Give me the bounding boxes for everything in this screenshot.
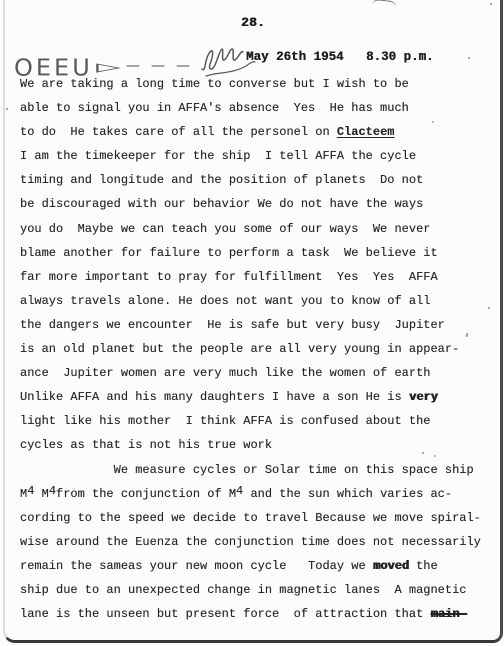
- text-line: remain the sameas your new moon cycle To…: [20, 554, 481, 578]
- text-line: the dangers we encounter He is safe but …: [20, 313, 481, 337]
- page-number: 28.: [241, 16, 265, 30]
- scan-speck: [422, 452, 424, 454]
- text-line: timing and longitude and the position of…: [20, 168, 481, 192]
- text-line: We are taking a long time to converse bu…: [20, 72, 481, 96]
- scan-speck: [6, 108, 8, 110]
- text-line: be discouraged with our behavior We do n…: [20, 192, 481, 216]
- document-page: 28. May 26th 1954 8.30 p.m. ΟΕΕU ▷ — — —…: [0, 0, 504, 646]
- scan-speck: [434, 455, 436, 457]
- dateline: May 26th 1954 8.30 p.m.: [246, 50, 434, 64]
- text-line: Unlike AFFA and his many daughters I hav…: [20, 385, 481, 409]
- text-line: ship due to an unexpected change in magn…: [20, 578, 481, 602]
- text-line: wise around the Euenza the conjunction t…: [20, 530, 481, 554]
- scan-speck: [432, 121, 434, 123]
- text-line: you do Maybe we can teach you some of ou…: [20, 217, 481, 241]
- scan-speck: [488, 307, 490, 309]
- text-line: ance Jupiter women are very much like th…: [20, 361, 481, 385]
- text-line: We measure cycles or Solar time on this …: [20, 458, 481, 482]
- text-line: cording to the speed we decide to travel…: [20, 506, 481, 530]
- text-line: blame another for failure to perform a t…: [20, 241, 481, 265]
- typewritten-text: We are taking a long time to converse bu…: [20, 72, 481, 626]
- text-line: is an old planet but the people are all …: [20, 337, 481, 361]
- text-line: always travels alone. He does not want y…: [20, 289, 481, 313]
- text-line: I am the timekeeper for the ship I tell …: [20, 144, 481, 168]
- text-line: M4 M4from the conjunction of M4 and the …: [20, 482, 481, 506]
- text-line: able to signal you in AFFA's absence Yes…: [20, 96, 481, 120]
- scan-speck: [490, 3, 492, 5]
- scan-mark: [371, 0, 396, 12]
- text-line: lane is the unseen but present force of …: [20, 602, 481, 626]
- text-line: light like his mother I think AFFA is co…: [20, 409, 481, 433]
- scan-speck: [468, 57, 470, 59]
- text-line: cycles as that is not his true work: [20, 433, 481, 457]
- text-line: to do He takes care of all the personel …: [20, 120, 481, 144]
- text-line: far more important to pray for fulfillme…: [20, 265, 481, 289]
- scan-speck: [300, 588, 302, 590]
